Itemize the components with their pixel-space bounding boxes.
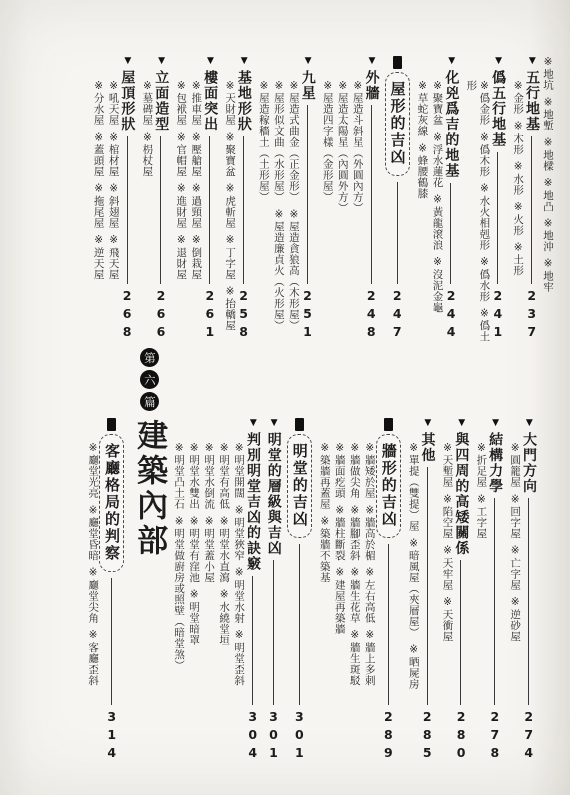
toc-title-column: 客廳格局的判察314	[99, 418, 124, 763]
toc-title-column: ▼屋頂形狀268	[120, 56, 135, 342]
sub-items-column: ※地坑 ※地塹 ※地樑 ※地凸 ※地沖 ※地牢	[541, 56, 554, 342]
section-title: 大門方向	[521, 432, 536, 494]
sub-items-column: ※明堂水雙出 ※明堂有窪池 ※明堂暗罩	[187, 418, 200, 763]
toc-entry: ▼樓面突出261※推車屋 ※壓艙屋 ※過頸屋 ※倒栽屋※包袱屋 ※官帽屋 ※進財…	[174, 56, 217, 342]
leader-line	[307, 105, 308, 284]
sub-items-column: ※僞金形 ※僞木形 ※水火相剋形 ※僞水形 ※僞土形	[464, 56, 490, 342]
triangle-marker-icon: ▼	[446, 56, 456, 66]
page-number: 251	[301, 288, 314, 342]
toc-entry: 客廳格局的判察314※廳堂光亮 ※廳堂昏暗 ※廳堂尖角 ※客廳歪斜	[86, 418, 124, 763]
triangle-marker-icon: ▼	[422, 418, 432, 428]
toc-title-column: 明堂的吉凶301	[287, 418, 312, 763]
page-number: 248	[365, 288, 378, 342]
triangle-marker-icon: ▼	[493, 56, 503, 66]
toc-entry: ▼大門方向274※圓籠屋 ※回字屋 ※亡字屋 ※逆砂屋	[508, 418, 536, 763]
toc-entry: ▼立面造型266※墓碑屋 ※枴杖屋	[140, 56, 168, 342]
section-title: 基地形狀	[236, 70, 251, 132]
section-tab-icon	[393, 56, 402, 69]
triangle-marker-icon: ▼	[205, 56, 215, 66]
toc-title-column: ▼立面造型266	[153, 56, 168, 342]
page-number: 241	[491, 288, 504, 342]
leader-line	[299, 544, 300, 705]
page-number: 301	[293, 709, 306, 763]
leader-line	[127, 136, 128, 284]
toc-title-column: ▼樓面突出261	[202, 56, 217, 342]
leader-line	[388, 544, 389, 705]
sub-items-column: ※墓碑屋 ※枴杖屋	[140, 56, 153, 342]
section-title: 其他	[420, 432, 435, 463]
leader-line	[252, 576, 253, 706]
leader-line	[397, 182, 398, 284]
triangle-marker-icon: ▼	[366, 56, 376, 66]
leader-line	[531, 136, 532, 284]
toc-entry: ▼外牆248※屋造斗斜星（外圓內方）※屋造太陽星（內圓外方）※屋造四字樣（金形屋…	[321, 56, 379, 342]
triangle-marker-icon: ▼	[303, 56, 313, 66]
boxed-section-title: 客廳格局的判察	[103, 443, 121, 562]
toc-title-column: ▼其他285	[420, 418, 435, 763]
section-title: 判別明堂吉凶的訣竅	[245, 432, 260, 572]
sub-items-column: ※草蛇灰線 ※蜂腰鶴膝	[416, 56, 429, 342]
leader-line	[209, 136, 210, 284]
leader-line	[243, 136, 244, 284]
section-title-box: 屋形的吉凶	[385, 72, 410, 176]
sub-items-column: ※分水屋 ※蓋頭屋 ※拖尾屋 ※逆天屋	[92, 56, 105, 342]
toc-entry: 明堂的吉凶301	[287, 418, 312, 763]
sub-items-column: ※牆面疙頭 ※牆柱斷裂 ※建屋再築牆	[333, 418, 346, 763]
triangle-marker-icon: ▼	[239, 56, 249, 66]
sub-items-column: ※聚寶盆 ※浮水蓮花 ※黃龍滾浪 ※沒泥金龜	[431, 56, 444, 342]
page-number: 244	[444, 288, 457, 342]
section-title: 立面造型	[153, 70, 168, 132]
page-number: 301	[267, 709, 280, 763]
sub-items-column: ※折足屋 ※工字屋	[474, 418, 487, 763]
sub-items-column: ※屋造太陽星（內圓外方）	[336, 56, 349, 342]
triangle-marker-icon: ▼	[156, 56, 166, 66]
sub-items-column: ※牆矮於屋 ※牆高於楣 ※左右高低 ※牆上多刺	[363, 418, 376, 763]
part-badge-circle: 第	[140, 348, 159, 367]
sub-items-column: ※牆做尖角 ※牆腳歪斜 ※牆生花草 ※牆生斑駁	[348, 418, 361, 763]
toc-title-column: ▼九星251	[300, 56, 315, 342]
sub-items-column: ※明堂凸土石 ※明堂做廚房或照壁（暗堂煞）	[172, 418, 185, 763]
section-tab-icon	[295, 418, 304, 431]
section-tab-icon	[107, 418, 116, 431]
toc-title-column: 屋形的吉凶247	[385, 56, 410, 342]
sub-items-column: ※天財屋 ※聚寶盆 ※虎斬屋 ※丁字屋 ※抬轎屋	[223, 56, 236, 342]
sub-items-column: ※明堂水倒流 ※明堂蓋小屋	[202, 418, 215, 763]
part-header: 第六篇建築內部	[132, 348, 166, 763]
sub-items-column: ※吼天屋 ※棺材屋 ※斜翅屋 ※飛天屋	[107, 56, 120, 342]
triangle-marker-icon: ▼	[248, 418, 258, 428]
toc-title-column: ▼僞五行地基241	[490, 56, 505, 342]
toc-top-block: ※地坑 ※地塹 ※地樑 ※地凸 ※地沖 ※地牢▼五行地基237※金形 ※木形 ※…	[16, 56, 554, 342]
sub-items-column: ※明堂開闊 ※明堂狹窄 ※明堂水射 ※明堂歪斜	[232, 418, 245, 763]
sub-items-column: ※包袱屋 ※官帽屋 ※進財屋 ※退財屋	[174, 56, 187, 342]
toc-title-column: ▼與四周的高矮關係280	[454, 418, 469, 763]
boxed-section-title: 屋形的吉凶	[389, 81, 407, 166]
section-title: 五行地基	[524, 70, 539, 132]
page-number: 280	[454, 709, 467, 763]
part-badge-circle: 篇	[140, 392, 159, 411]
toc-entry: ▼結構力學278※折足屋 ※工字屋	[474, 418, 502, 763]
part-badge-circle: 六	[140, 370, 159, 389]
toc-entry: ▼九星251※屋造式曲金（正金形） ※屋造貪狼高（木形屋）※屋形似文曲（水形屋）…	[257, 56, 315, 342]
triangle-marker-icon: ▼	[490, 418, 500, 428]
toc-entry: ▼基地形狀258※天財屋 ※聚寶盆 ※虎斬屋 ※丁字屋 ※抬轎屋	[223, 56, 251, 342]
section-title: 屋頂形狀	[120, 70, 135, 132]
sub-items-column: ※推車屋 ※壓艙屋 ※過頸屋 ※倒栽屋	[189, 56, 202, 342]
triangle-marker-icon: ▼	[269, 418, 279, 428]
page-number: 285	[420, 709, 433, 763]
sub-items-column: ※屋造四字樣（金形屋）	[321, 56, 334, 342]
page-number: 304	[246, 709, 259, 763]
toc-entry: ▼五行地基237※金形 ※木形 ※水形 ※火形 ※土形	[511, 56, 539, 342]
page-number: 266	[154, 288, 167, 342]
toc-title-column: ▼明堂的層級與吉凶301	[266, 418, 281, 763]
leader-line	[427, 467, 428, 705]
section-title: 結構力學	[487, 432, 502, 494]
part-title: 建築內部	[132, 419, 166, 559]
leader-line	[111, 578, 112, 705]
leader-line	[371, 105, 372, 284]
section-title-box: 明堂的吉凶	[287, 434, 312, 538]
toc-title-column: ▼大門方向274	[521, 418, 536, 763]
leader-line	[273, 560, 274, 705]
page-number: 261	[203, 288, 216, 342]
toc-title-column: ▼判別明堂吉凶的訣竅304	[245, 418, 260, 763]
toc-title-column: ▼基地形狀258	[236, 56, 251, 342]
leader-line	[497, 152, 498, 285]
sub-items-column: ※明堂有高低 ※明堂水直瀉 ※水繞堂垣	[217, 418, 230, 763]
toc-title-column: ▼五行地基237	[524, 56, 539, 342]
toc-entry: ▼其他285※單提（雙提）屋 ※暗風屋（夾層屋） ※晒屍房	[407, 418, 435, 763]
section-title: 僞五行地基	[490, 70, 505, 148]
leader-line	[528, 498, 529, 705]
leader-line	[160, 136, 161, 284]
section-title: 外牆	[364, 70, 379, 101]
sub-items-column: ※天塹屋 ※陷空屋 ※天牢屋 ※天衝屋	[441, 418, 454, 763]
toc-bottom-block: ▼大門方向274※圓籠屋 ※回字屋 ※亡字屋 ※逆砂屋▼結構力學278※折足屋 …	[30, 418, 536, 763]
book-page: ※地坑 ※地塹 ※地樑 ※地凸 ※地沖 ※地牢▼五行地基237※金形 ※木形 ※…	[0, 0, 570, 795]
toc-entry: ▼與四周的高矮關係280※天塹屋 ※陷空屋 ※天牢屋 ※天衝屋	[441, 418, 469, 763]
toc-entry: ▼僞五行地基241※僞金形 ※僞木形 ※水火相剋形 ※僞水形 ※僞土形	[464, 56, 505, 342]
toc-entry: ▼屋頂形狀268※吼天屋 ※棺材屋 ※斜翅屋 ※飛天屋※分水屋 ※蓋頭屋 ※拖尾…	[92, 56, 135, 342]
triangle-marker-icon: ▼	[527, 56, 537, 66]
toc-title-column: ▼外牆248	[364, 56, 379, 342]
leader-line	[450, 183, 451, 285]
section-title-box: 牆形的吉凶	[376, 434, 401, 538]
section-title: 明堂的層級與吉凶	[266, 432, 281, 556]
section-title-box: 客廳格局的判察	[99, 434, 124, 572]
section-title: 與四周的高矮關係	[454, 432, 469, 556]
sub-items-column: ※廳堂光亮 ※廳堂昏暗 ※廳堂尖角 ※客廳歪斜	[86, 418, 99, 763]
sub-items-column: ※屋造斗斜星（外圓內方）	[351, 56, 364, 342]
triangle-marker-icon: ▼	[524, 418, 534, 428]
toc-entry: ▼化兇爲吉的地基244※聚寶盆 ※浮水蓮花 ※黃龍滾浪 ※沒泥金龜※草蛇灰線 ※…	[416, 56, 459, 342]
page-number: 237	[525, 288, 538, 342]
triangle-marker-icon: ▼	[456, 418, 466, 428]
toc-title-column: ▼結構力學278	[487, 418, 502, 763]
page-number: 314	[105, 709, 118, 763]
sub-items-column: ※圓籠屋 ※回字屋 ※亡字屋 ※逆砂屋	[508, 418, 521, 763]
sub-items-column: ※單提（雙提）屋 ※暗風屋（夾層屋） ※晒屍房	[407, 418, 420, 763]
section-tab-icon	[384, 418, 393, 431]
toc-title-column: 牆形的吉凶289	[376, 418, 401, 763]
toc-entry: 牆形的吉凶289※牆矮於屋 ※牆高於楣 ※左右高低 ※牆上多刺※牆做尖角 ※牆腳…	[318, 418, 401, 763]
page-number: 258	[237, 288, 250, 342]
sub-items-column: ※屋形似文曲（水形屋） ※屋造廉貞火（火形屋）	[272, 56, 285, 342]
boxed-section-title: 牆形的吉凶	[380, 443, 398, 528]
leader-line	[494, 498, 495, 705]
sub-items-column: ※築牆再蓋屋 ※築牆不築基	[318, 418, 331, 763]
boxed-section-title: 明堂的吉凶	[291, 443, 309, 528]
page-number: 289	[382, 709, 395, 763]
leader-line	[460, 560, 461, 705]
toc-entry: 屋形的吉凶247	[385, 56, 410, 342]
page-number: 278	[488, 709, 501, 763]
sub-items-column: ※金形 ※木形 ※水形 ※火形 ※土形	[511, 56, 524, 342]
section-title: 化兇爲吉的地基	[444, 70, 459, 179]
sub-items-column: ※屋造稼穡土（土形屋）	[257, 56, 270, 342]
sub-items-column: ※屋造式曲金（正金形） ※屋造貪狼高（木形屋）	[287, 56, 300, 342]
triangle-marker-icon: ▼	[122, 56, 132, 66]
toc-title-column: ▼化兇爲吉的地基244	[444, 56, 459, 342]
toc-entry: ▼判別明堂吉凶的訣竅304※明堂開闊 ※明堂狹窄 ※明堂水射 ※明堂歪斜※明堂有…	[172, 418, 260, 763]
section-title: 樓面突出	[202, 70, 217, 132]
section-title: 九星	[300, 70, 315, 101]
page-number: 268	[120, 288, 133, 342]
page-number: 274	[522, 709, 535, 763]
toc-entry: ▼明堂的層級與吉凶301	[266, 418, 281, 763]
page-number: 247	[390, 288, 403, 342]
